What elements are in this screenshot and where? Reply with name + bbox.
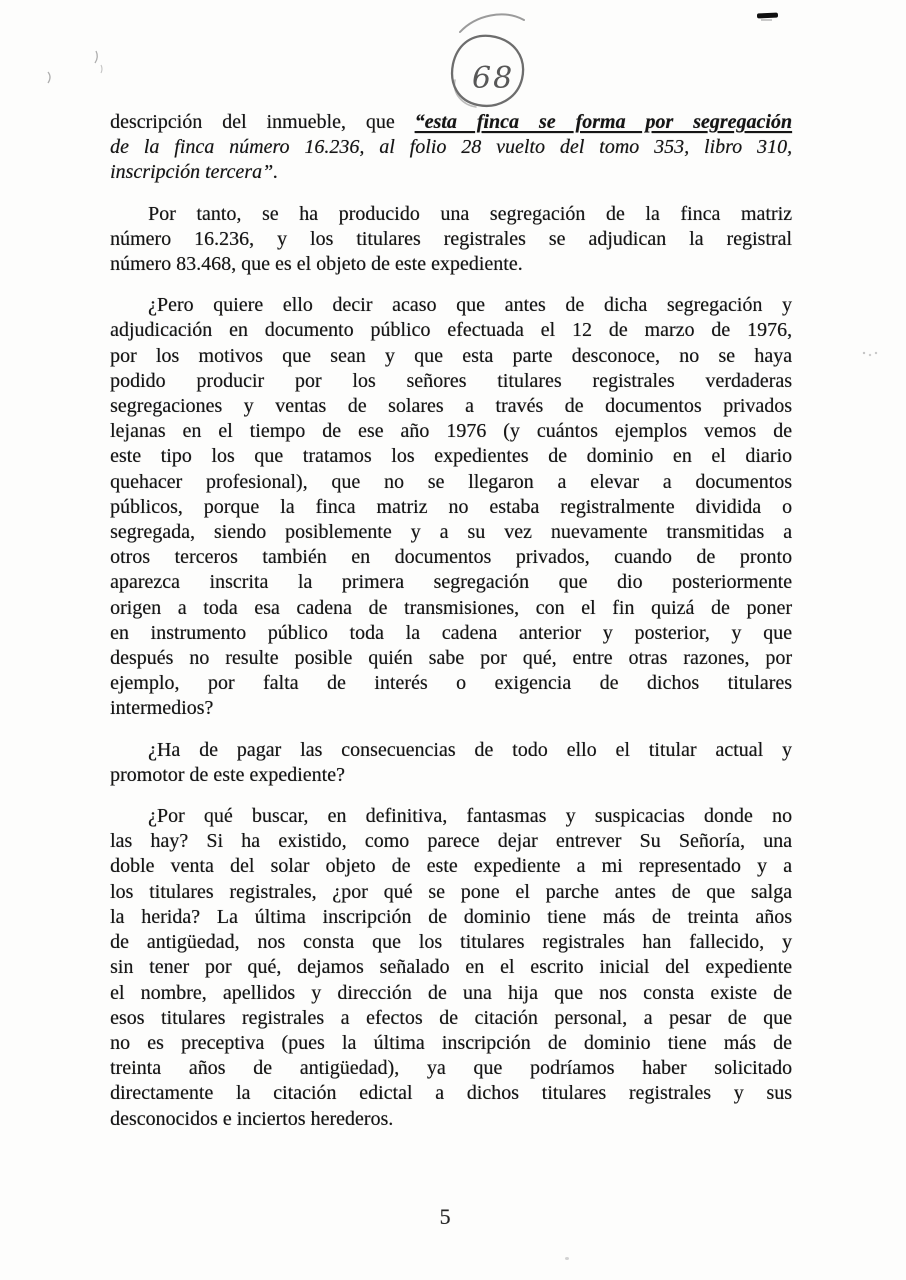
text-block: descripción del inmueble, que “esta finc…	[110, 110, 792, 1132]
text-segment: origen a toda esa cadena de transmisione…	[110, 597, 792, 619]
scan-speck	[862, 351, 878, 358]
text-line: ¿Ha de pagar las consecuencias de todo e…	[110, 738, 792, 763]
text-segment: aparezca inscrita la primera segregación…	[110, 571, 792, 593]
text-line: origen a toda esa cadena de transmisione…	[110, 596, 792, 621]
scan-speck-small	[565, 1257, 569, 1260]
text-segment: podido producir por los señores titulare…	[110, 370, 792, 392]
paragraph: ¿Ha de pagar las consecuencias de todo e…	[110, 738, 792, 788]
text-segment: otros terceros también en documentos pri…	[110, 546, 792, 568]
text-segment: doble venta del solar objeto de este exp…	[110, 855, 792, 877]
text-line: de la finca número 16.236, al folio 28 v…	[110, 135, 792, 160]
text-line: promotor de este expediente?	[110, 763, 792, 788]
text-line: otros terceros también en documentos pri…	[110, 545, 792, 570]
text-segment: de antigüedad, nos consta que los titula…	[110, 931, 792, 953]
text-segment: segregada, siendo posiblemente y a su ve…	[110, 521, 792, 543]
text-segment: ¿Ha de pagar las consecuencias de todo e…	[148, 739, 792, 761]
text-segment: promotor de este expediente?	[110, 764, 345, 786]
text-line: no es preceptiva (pues la última inscrip…	[110, 1031, 792, 1056]
text-segment: número 83.468, que es el objeto de este …	[110, 253, 523, 275]
text-line: de antigüedad, nos consta que los titula…	[110, 930, 792, 955]
handwritten-circled-number: 68	[408, 2, 558, 114]
text-line: segregada, siendo posiblemente y a su ve…	[110, 520, 792, 545]
text-segment: ejemplo, por falta de interés o exigenci…	[110, 672, 792, 694]
text-segment: la herida? La última inscripción de domi…	[110, 906, 792, 928]
quoted-text-segment: inscripción tercera”.	[110, 161, 278, 183]
text-line: descripción del inmueble, que “esta finc…	[110, 110, 792, 135]
text-segment: públicos, porque la finca matriz no esta…	[110, 496, 792, 518]
text-segment: directamente la citación edictal a dicho…	[110, 1082, 792, 1104]
text-segment: adjudicación en documento público efectu…	[110, 319, 792, 341]
text-line: quehacer profesional), que no se llegaro…	[110, 470, 792, 495]
paragraph: ¿Por qué buscar, en definitiva, fantasma…	[110, 804, 792, 1132]
text-segment: el nombre, apellidos y dirección de una …	[110, 982, 792, 1004]
text-line: inscripción tercera”.	[110, 160, 792, 185]
text-line: número 16.236, y los titulares registral…	[110, 227, 792, 252]
text-segment: quehacer profesional), que no se llegaro…	[110, 471, 792, 493]
text-segment: segregaciones y ventas de solares a trav…	[110, 395, 792, 417]
text-line: intermedios?	[110, 696, 792, 721]
pen-dash-smudge	[761, 19, 772, 21]
pencil-specks	[30, 40, 120, 90]
text-line: ¿Pero quiere ello decir acaso que antes …	[110, 293, 792, 318]
document-page: 68 descripción del inmueble, que “esta f…	[0, 0, 906, 1280]
text-line: públicos, porque la finca matriz no esta…	[110, 495, 792, 520]
paragraph: descripción del inmueble, que “esta finc…	[110, 110, 792, 186]
text-line: doble venta del solar objeto de este exp…	[110, 854, 792, 879]
pencil-arc-stroke	[460, 14, 524, 32]
text-segment: después no resulte posible quién sabe po…	[110, 647, 792, 669]
text-line: Por tanto, se ha producido una segregaci…	[110, 202, 792, 227]
text-line: directamente la citación edictal a dicho…	[110, 1081, 792, 1106]
text-segment: esos titulares registrales a efectos de …	[110, 1007, 792, 1029]
text-line: esos titulares registrales a efectos de …	[110, 1006, 792, 1031]
text-segment: treinta años de antigüedad), ya que podr…	[110, 1057, 792, 1079]
text-line: sin tener por qué, dejamos señalado en e…	[110, 955, 792, 980]
text-line: la herida? La última inscripción de domi…	[110, 905, 792, 930]
text-segment: por los motivos que sean y que esta part…	[110, 345, 792, 367]
text-line: en instrumento público toda la cadena an…	[110, 621, 792, 646]
text-line: treinta años de antigüedad), ya que podr…	[110, 1056, 792, 1081]
text-segment: en instrumento público toda la cadena an…	[110, 622, 792, 644]
text-segment: lejanas en el tiempo de ese año 1976 (y …	[110, 420, 792, 442]
text-segment: los titulares registrales, ¿por qué se p…	[110, 881, 792, 903]
text-line: ejemplo, por falta de interés o exigenci…	[110, 671, 792, 696]
paragraph: ¿Pero quiere ello decir acaso que antes …	[110, 293, 792, 721]
page-number: 5	[0, 1204, 890, 1230]
text-segment: las hay? Si ha existido, como parece dej…	[110, 830, 792, 852]
text-line: las hay? Si ha existido, como parece dej…	[110, 829, 792, 854]
text-line: desconocidos e inciertos herederos.	[110, 1107, 792, 1132]
pen-dash-mark	[757, 13, 778, 19]
text-line: lejanas en el tiempo de ese año 1976 (y …	[110, 419, 792, 444]
paragraph: Por tanto, se ha producido una segregaci…	[110, 202, 792, 278]
text-segment: descripción del inmueble, que	[110, 111, 415, 133]
text-line: podido producir por los señores titulare…	[110, 369, 792, 394]
text-segment: no es preceptiva (pues la última inscrip…	[110, 1032, 792, 1054]
text-segment: intermedios?	[110, 697, 213, 719]
text-segment: desconocidos e inciertos herederos.	[110, 1108, 393, 1130]
text-line: después no resulte posible quién sabe po…	[110, 646, 792, 671]
handwritten-number-text: 68	[472, 61, 514, 96]
quoted-text-segment: de la finca número 16.236, al folio 28 v…	[110, 136, 792, 158]
quoted-text-segment: “esta finca se forma por segregación	[415, 111, 792, 133]
text-segment: ¿Pero quiere ello decir acaso que antes …	[148, 294, 792, 316]
text-segment: Por tanto, se ha producido una segregaci…	[148, 203, 792, 225]
text-line: aparezca inscrita la primera segregación…	[110, 570, 792, 595]
text-line: por los motivos que sean y que esta part…	[110, 344, 792, 369]
text-segment: ¿Por qué buscar, en definitiva, fantasma…	[148, 805, 792, 827]
text-line: los titulares registrales, ¿por qué se p…	[110, 880, 792, 905]
text-segment: número 16.236, y los titulares registral…	[110, 228, 792, 250]
text-line: ¿Por qué buscar, en definitiva, fantasma…	[110, 804, 792, 829]
text-line: este tipo los que tratamos los expedient…	[110, 444, 792, 469]
text-line: adjudicación en documento público efectu…	[110, 318, 792, 343]
text-line: segregaciones y ventas de solares a trav…	[110, 394, 792, 419]
text-segment: este tipo los que tratamos los expedient…	[110, 445, 792, 467]
text-line: el nombre, apellidos y dirección de una …	[110, 981, 792, 1006]
text-line: número 83.468, que es el objeto de este …	[110, 252, 792, 277]
text-segment: sin tener por qué, dejamos señalado en e…	[110, 956, 792, 978]
